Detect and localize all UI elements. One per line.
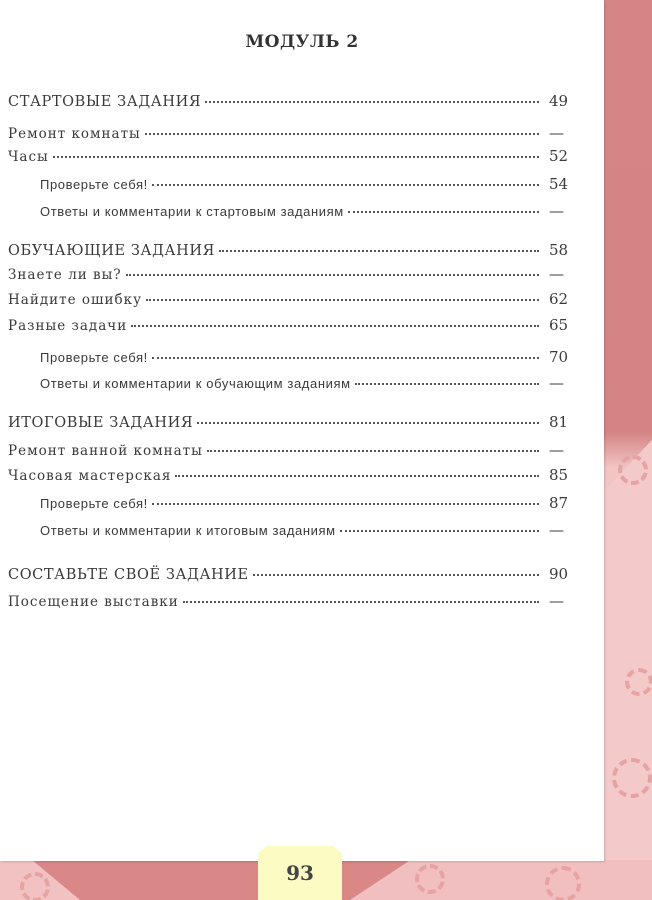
dot-leader <box>131 325 539 327</box>
toc-entry-label: Знаете ли вы? <box>8 267 126 283</box>
toc-entry-sub: Проверьте себя!54 <box>40 175 567 193</box>
toc-entry-label: Ответы и комментарии к обучающим задания… <box>40 376 355 391</box>
toc-entry-label: СТАРТОВЫЕ ЗАДАНИЯ <box>8 94 205 110</box>
toc-entry-page: 49 <box>549 92 567 110</box>
dot-leader <box>183 601 539 603</box>
dot-leader <box>340 530 539 532</box>
toc-entry-page: 85 <box>549 466 567 484</box>
gear-icon <box>545 866 581 900</box>
toc-entry-section: ОБУЧАЮЩИЕ ЗАДАНИЯ58 <box>8 241 567 259</box>
toc-entry-page: — <box>549 441 567 459</box>
toc-entry-page: — <box>549 265 567 283</box>
toc-entry-item: Часы52 <box>8 147 567 165</box>
toc-entry-label: Ответы и комментарии к стартовым задания… <box>40 204 348 219</box>
dot-leader <box>152 357 539 359</box>
dot-leader <box>205 101 539 103</box>
module-title: МОДУЛЬ 2 <box>0 32 604 52</box>
toc-entry-sub: Проверьте себя!87 <box>40 494 567 512</box>
toc-entry-item: Часовая мастерская85 <box>8 466 567 484</box>
toc-entry-page: 81 <box>549 413 567 431</box>
toc-entry-label: Ремонт комнаты <box>8 126 145 142</box>
dot-leader <box>197 422 539 424</box>
toc-entry-label: Разные задачи <box>8 318 131 334</box>
toc-entry-page: 62 <box>549 290 567 308</box>
gear-icon <box>415 864 445 894</box>
toc-entry-label: Посещение выставки <box>8 594 183 610</box>
dot-leader <box>355 383 539 385</box>
dot-leader <box>207 450 539 452</box>
toc-entry-item: Найдите ошибку62 <box>8 290 567 308</box>
toc-entry-label: ОБУЧАЮЩИЕ ЗАДАНИЯ <box>8 243 219 259</box>
toc-entry-page: 90 <box>549 565 567 583</box>
dot-leader <box>219 250 539 252</box>
toc-entry-section: СТАРТОВЫЕ ЗАДАНИЯ49 <box>8 92 567 110</box>
toc-entry-page: 70 <box>549 348 567 366</box>
gear-icon <box>612 758 652 798</box>
toc-entry-label: Проверьте себя! <box>40 177 152 192</box>
dot-leader <box>152 184 539 186</box>
dot-leader <box>146 299 539 301</box>
dot-leader <box>145 133 539 135</box>
toc-entry-page: — <box>549 374 567 392</box>
toc-entry-page: — <box>549 592 567 610</box>
dot-leader <box>53 156 539 158</box>
toc-entry-label: Часовая мастерская <box>8 468 175 484</box>
toc-entry-label: ИТОГОВЫЕ ЗАДАНИЯ <box>8 415 197 431</box>
document-page: МОДУЛЬ 2 СТАРТОВЫЕ ЗАДАНИЯ49Ремонт комна… <box>0 0 604 861</box>
toc-entry-label: Ответы и комментарии к итоговым заданиям <box>40 523 340 538</box>
toc-entry-label: СОСТАВЬТЕ СВОЁ ЗАДАНИЕ <box>8 567 253 583</box>
toc-entry-section: СОСТАВЬТЕ СВОЁ ЗАДАНИЕ90 <box>8 565 567 583</box>
toc-entry-page: — <box>549 521 567 539</box>
toc-entry-label: Проверьте себя! <box>40 350 152 365</box>
toc-entry-sub: Проверьте себя!70 <box>40 348 567 366</box>
gear-icon <box>625 668 652 696</box>
toc-entry-page: 52 <box>549 147 567 165</box>
toc-entry-page: — <box>549 124 567 142</box>
gear-icon <box>618 455 648 485</box>
toc-entry-page: 54 <box>549 175 567 193</box>
toc-entry-section: ИТОГОВЫЕ ЗАДАНИЯ81 <box>8 413 567 431</box>
toc-entry-item: Ремонт комнаты— <box>8 124 567 142</box>
toc-entry-label: Проверьте себя! <box>40 496 152 511</box>
toc-entry-item: Посещение выставки— <box>8 592 567 610</box>
dot-leader <box>126 274 539 276</box>
toc-entry-sub: Ответы и комментарии к итоговым заданиям… <box>40 521 567 539</box>
toc-entry-label: Часы <box>8 149 53 165</box>
gear-icon <box>20 872 50 900</box>
toc-entry-item: Ремонт ванной комнаты— <box>8 441 567 459</box>
toc-entry-sub: Ответы и комментарии к стартовым задания… <box>40 202 567 220</box>
dot-leader <box>348 211 539 213</box>
dot-leader <box>152 503 539 505</box>
toc-entry-sub: Ответы и комментарии к обучающим задания… <box>40 374 567 392</box>
toc-entry-page: 65 <box>549 316 567 334</box>
page-number: 93 <box>286 861 314 885</box>
toc-entry-page: 58 <box>549 241 567 259</box>
toc-entry-item: Знаете ли вы?— <box>8 265 567 283</box>
toc-entry-label: Ремонт ванной комнаты <box>8 443 207 459</box>
toc-entry-label: Найдите ошибку <box>8 292 146 308</box>
dot-leader <box>253 574 539 576</box>
dot-leader <box>175 475 539 477</box>
toc-entry-page: 87 <box>549 494 567 512</box>
toc-entry-item: Разные задачи65 <box>8 316 567 334</box>
page-number-tab: 93 <box>258 846 342 900</box>
toc-entry-page: — <box>549 202 567 220</box>
